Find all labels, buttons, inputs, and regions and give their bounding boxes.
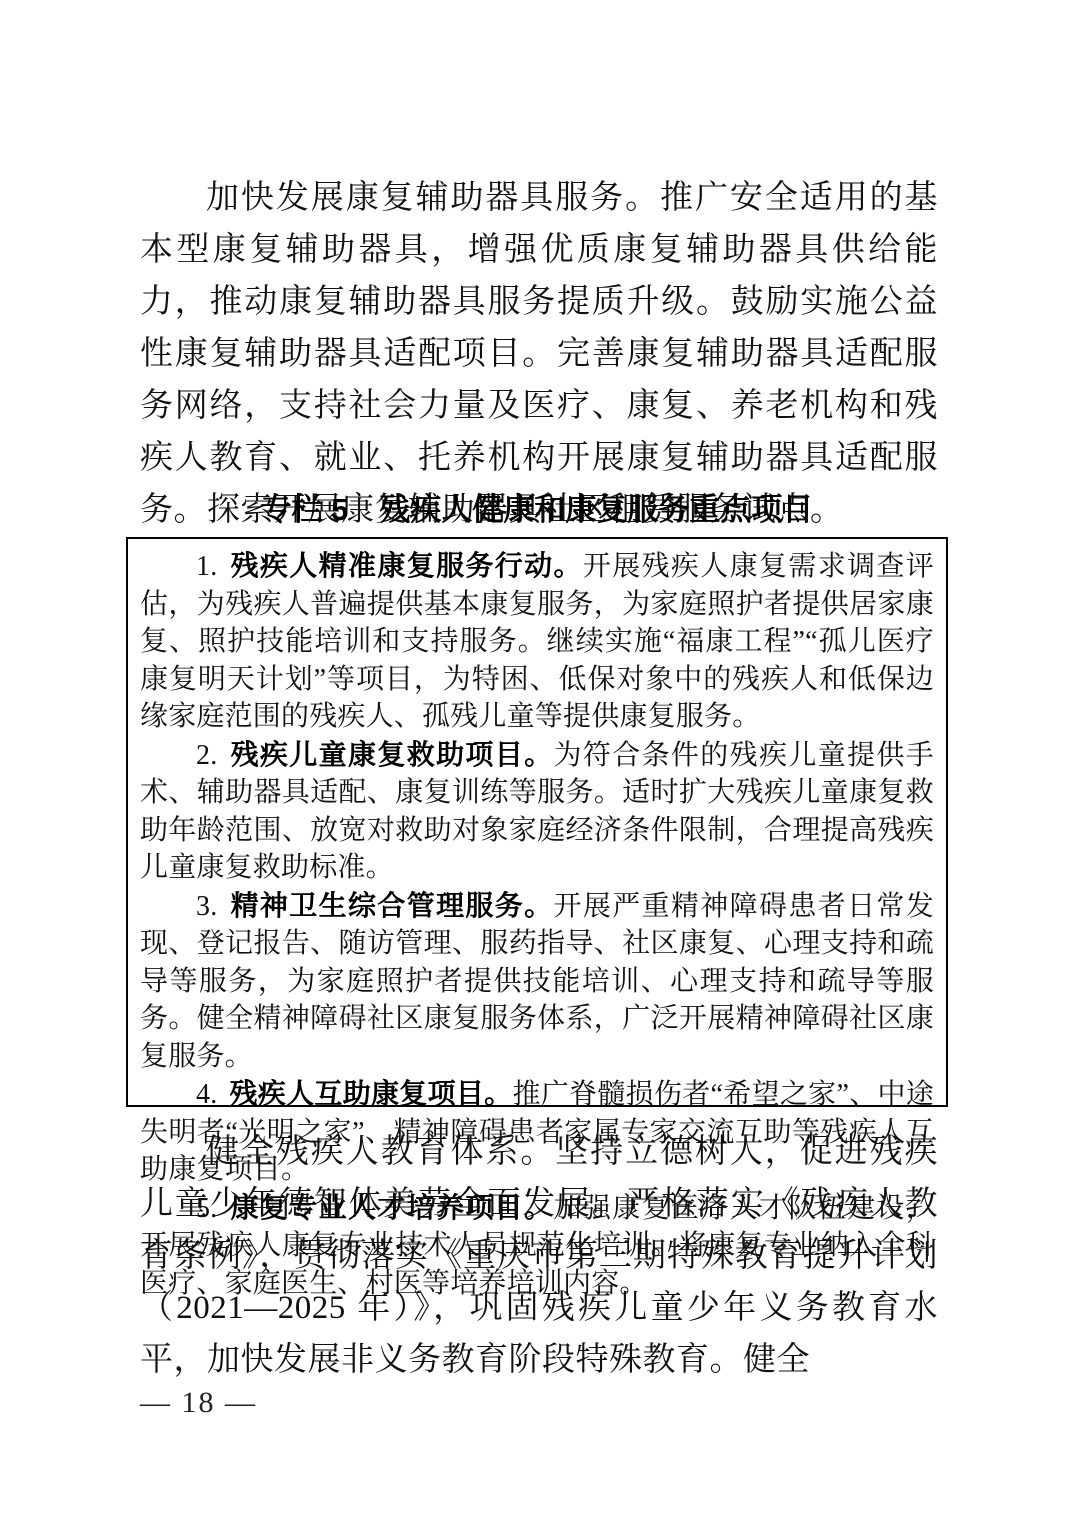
box-item-title: 精神卫生综合管理服务。 xyxy=(229,890,553,921)
box-item: 2.残疾儿童康复救助项目。为符合条件的残疾儿童提供手术、辅助器具适配、康复训练等… xyxy=(140,736,934,887)
box-item-number: 2. xyxy=(196,740,217,771)
paragraph-rehab-assistive-devices: 加快发展康复辅助器具服务。推广安全适用的基本型康复辅助器具，增强优质康复辅助器具… xyxy=(140,172,938,536)
box-item-title: 残疾人精准康复服务行动。 xyxy=(229,550,582,581)
paragraph-disability-education: 健全残疾人教育体系。坚持立德树人，促进残疾儿童少年德智体美劳全面发展。严格落实《… xyxy=(140,1126,938,1386)
box-item-title: 残疾人互助康复项目。 xyxy=(229,1078,512,1109)
box-item: 3.精神卫生综合管理服务。开展严重精神障碍患者日常发现、登记报告、随访管理、服药… xyxy=(140,887,934,1076)
page-number: — 18 — xyxy=(140,1385,257,1421)
column-box: 1.残疾人精准康复服务行动。开展残疾人康复需求调查评估，为残疾人普遍提供基本康复… xyxy=(126,537,948,1107)
box-item-number: 3. xyxy=(196,891,217,922)
box-item-number: 1. xyxy=(196,551,217,582)
box-item-number: 4. xyxy=(196,1079,217,1110)
document-page: 加快发展康复辅助器具服务。推广安全适用的基本型康复辅助器具，增强优质康复辅助器具… xyxy=(0,0,1074,1520)
box-item: 1.残疾人精准康复服务行动。开展残疾人康复需求调查评估，为残疾人普遍提供基本康复… xyxy=(140,547,934,736)
box-item-title: 残疾儿童康复救助项目。 xyxy=(229,739,553,770)
column-box-title: 专栏 5 残疾人健康和康复服务重点项目 xyxy=(127,490,947,530)
